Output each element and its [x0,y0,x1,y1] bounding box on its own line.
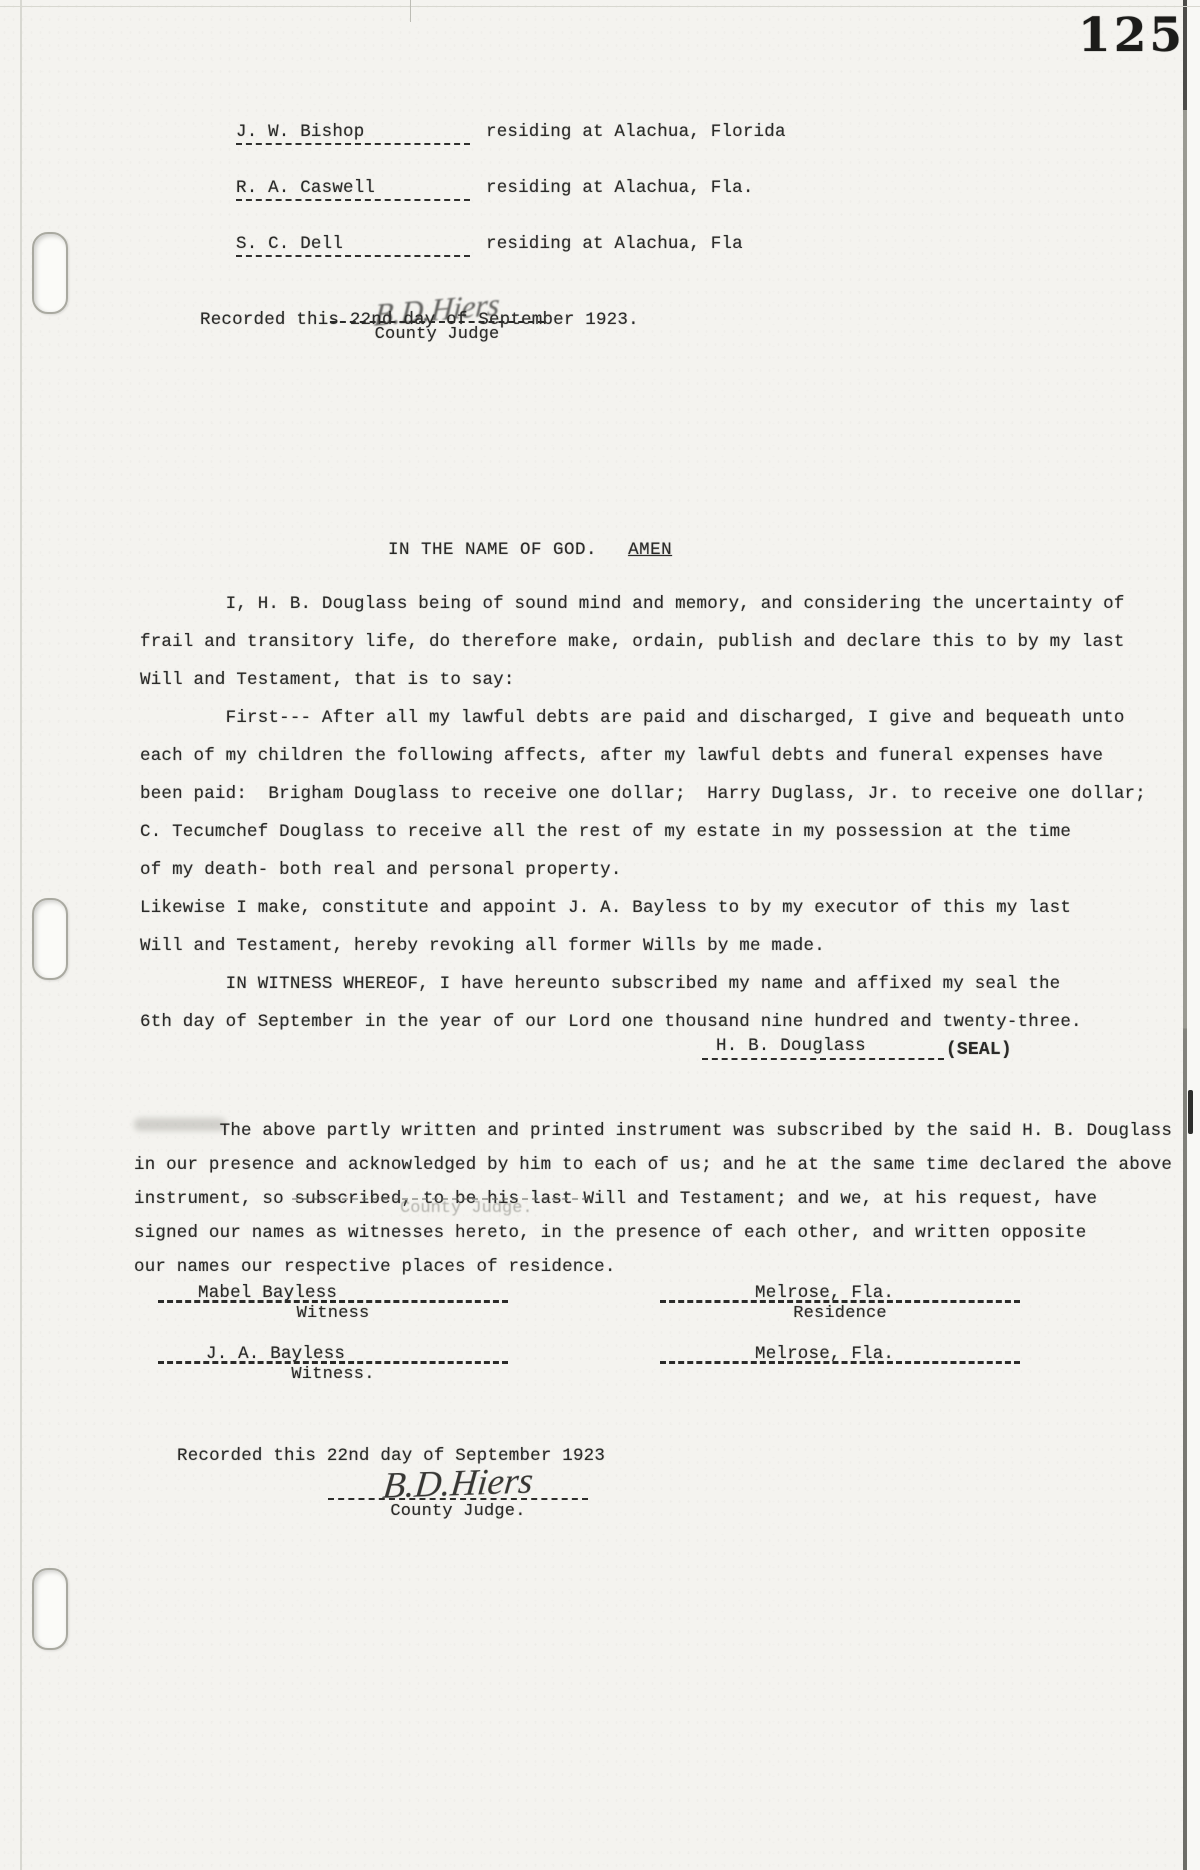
attestation-line: instrument, so subscribed, to be his las… [134,1182,1172,1216]
ghost-stamp-text: County Judge. [400,1199,588,1218]
heading-text: IN THE NAME OF GOD. [388,540,597,560]
residence-cell-label: Residence [660,1304,1020,1323]
witness-residence-row: J. W. Bishop residing at Alachua, Florid… [236,122,786,142]
will-line: IN WITNESS WHEREOF, I have hereunto subs… [140,965,1146,1003]
county-judge-signature-top: B.D.Hiers County Judge [330,292,544,344]
will-heading: IN THE NAME OF GOD. AMEN [388,540,672,560]
signature-underline: R. A. Caswell [236,178,470,201]
testator-signature-line: H. B. Douglass (SEAL) [702,1036,1012,1060]
paper-right-edge [1187,0,1200,1870]
scan-right-edge-line [1183,0,1187,1870]
will-line: Will and Testament, that is to say: [140,661,1146,699]
residence-cell: Melrose, Fla. Residence [660,1283,1020,1323]
witness-signature-cell: Mabel Bayless Witness [158,1283,508,1323]
binder-punch-hole [32,898,68,980]
witness-name: J. W. Bishop [236,122,364,142]
witness-residence-row: S. C. Dell residing at Alachua, Fla [236,234,786,254]
attestation-line: signed our names as witnesses hereto, in… [134,1216,1172,1250]
scan-left-edge-line [20,0,22,1870]
signature-underline: H. B. Douglass [702,1036,944,1060]
attestation-line: our names our respective places of resid… [134,1250,1172,1284]
witness-cell-label: Witness. [158,1365,508,1384]
will-line: of my death- both real and personal prop… [140,851,1146,889]
witness-residence-text: residing at Alachua, Fla. [486,178,754,198]
attestation-line: The above partly written and printed ins… [134,1114,1172,1148]
will-line: been paid: Brigham Douglass to receive o… [140,775,1146,813]
attestation-line: in our presence and acknowledged by him … [134,1148,1172,1182]
witness-name: S. C. Dell [236,234,343,254]
witness-signature-cell: J. A. Bayless Witness. [158,1344,508,1384]
signature-underline: J. W. Bishop [236,122,470,145]
witness-residence-text: residing at Alachua, Florida [486,122,786,142]
binder-punch-hole [32,232,68,314]
signature-underline: S. C. Dell [236,234,470,257]
attestation-clause: The above partly written and printed ins… [134,1114,1172,1284]
will-body: I, H. B. Douglass being of sound mind an… [140,585,1146,1041]
will-line: First--- After all my lawful debts are p… [140,699,1146,737]
witness-residence-row: R. A. Caswell residing at Alachua, Fla. [236,178,786,198]
will-line: Likewise I make, constitute and appoint … [140,889,1146,927]
seal-label: (SEAL) [946,1040,1012,1060]
will-line: Will and Testament, hereby revoking all … [140,927,1146,965]
ink-mark [1188,1090,1193,1134]
ghost-underline [292,1178,588,1200]
handwritten-signature: B.D.Hiers [326,1457,590,1509]
binder-punch-hole [32,1568,68,1650]
witness-name: R. A. Caswell [236,178,375,198]
ghost-stamp: County Judge. [292,1178,588,1218]
paper-crease [410,0,411,22]
will-line: each of my children the following affect… [140,737,1146,775]
witness-residence-list: J. W. Bishop residing at Alachua, Florid… [236,122,786,290]
will-line: C. Tecumchef Douglass to receive all the… [140,813,1146,851]
testator-signature: H. B. Douglass [716,1036,866,1056]
heading-amen: AMEN [628,540,672,560]
witness-residence-text: residing at Alachua, Fla [486,234,743,254]
page-number: 125 [1078,8,1185,63]
will-line: frail and transitory life, do therefore … [140,623,1146,661]
will-line: I, H. B. Douglass being of sound mind an… [140,585,1146,623]
scanned-will-document-page: 125 J. W. Bishop residing at Alachua, Fl… [0,0,1200,1870]
county-judge-signature-bottom: B.D.Hiers County Judge. [328,1462,588,1521]
residence-cell: Melrose, Fla. [660,1344,1020,1365]
witness-cell-label: Witness [158,1304,508,1323]
scan-top-edge-line [0,6,1200,7]
